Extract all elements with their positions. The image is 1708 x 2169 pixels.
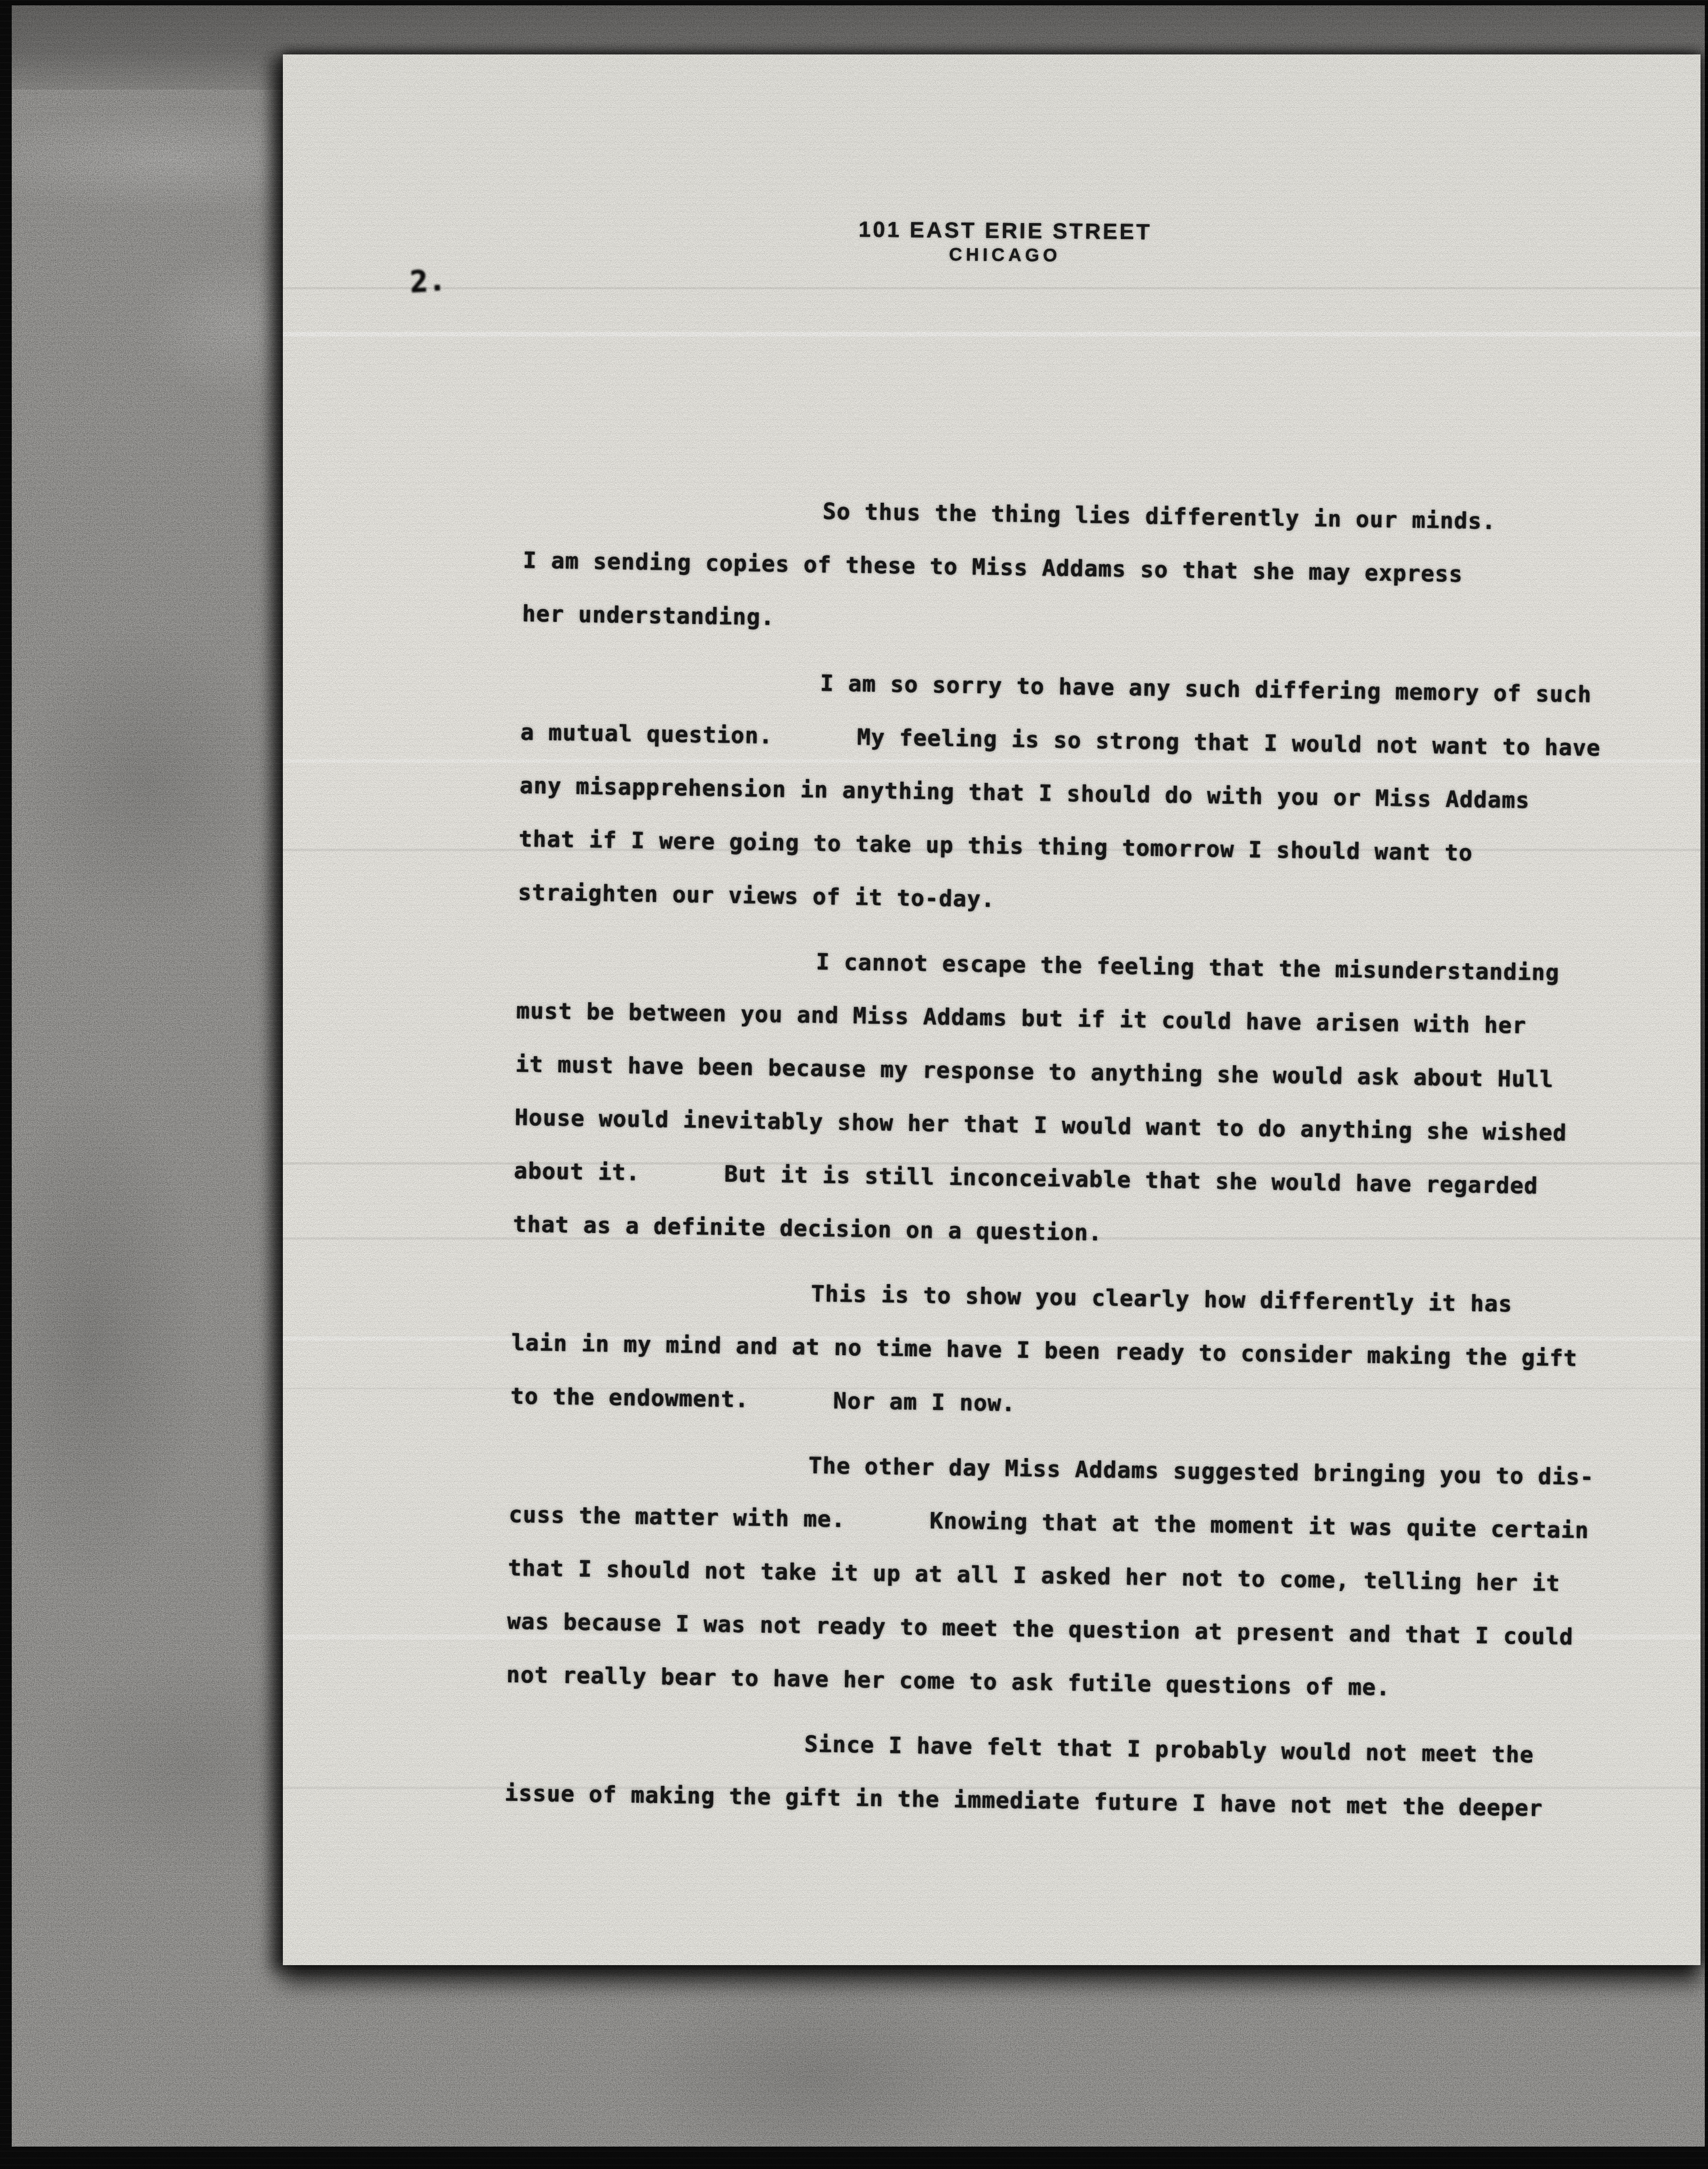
letter-paragraph-3: I cannot escape the feeling that the mis…	[513, 931, 1649, 1268]
scanned-letter-page-2: 101 EAST ERIE STREET CHICAGO 2. So thus …	[0, 0, 1708, 2169]
letterhead: 101 EAST ERIE STREET CHICAGO	[296, 211, 1701, 273]
page-number: 2.	[409, 263, 447, 299]
letter-body: So thus the thing lies differently in ou…	[504, 480, 1656, 1836]
letter-paragraph-5: The other day Miss Addams suggested brin…	[506, 1435, 1641, 1718]
letter-paragraph-2: I am so sorry to have any such differing…	[518, 652, 1653, 936]
letter-paragraph-6: Since I have felt that I probably would …	[504, 1713, 1638, 1836]
document-page: 101 EAST ERIE STREET CHICAGO 2. So thus …	[283, 54, 1701, 1965]
letter-paragraph-1: So thus the thing lies differently in ou…	[522, 480, 1656, 657]
letter-paragraph-4: This is to show you clearly how differen…	[510, 1263, 1644, 1439]
